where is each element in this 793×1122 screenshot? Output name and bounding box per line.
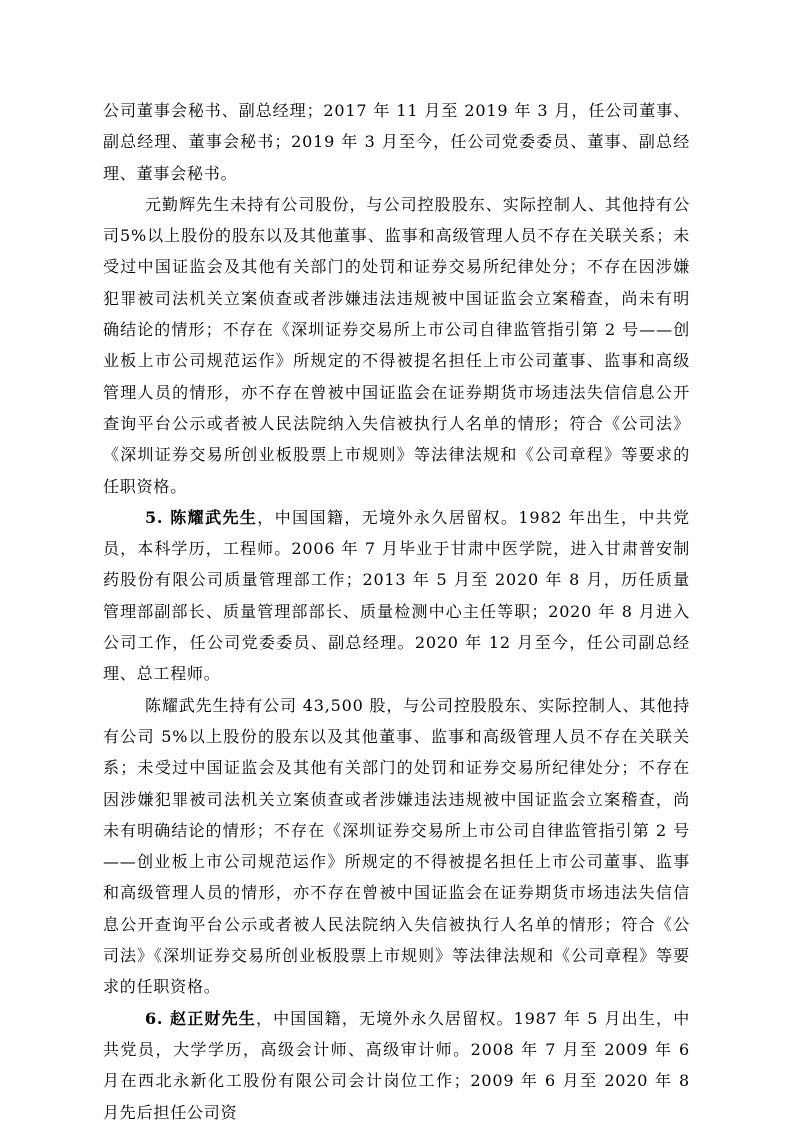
paragraph-text: 陈耀武先生持有公司 43,500 股，与公司控股股东、实际控制人、其他持有公司 … [103, 696, 690, 997]
paragraph-chenyaowu-bio: 5. 陈耀武先生，中国国籍，无境外永久居留权。1982 年出生，中共党员，本科学… [103, 502, 690, 690]
paragraph-bio-continuation: 公司董事会秘书、副总经理；2017 年 11 月至 2019 年 3 月，任公司… [103, 95, 690, 189]
paragraph-bold-prefix: 6. 赵正财先生 [145, 1009, 256, 1028]
paragraph-text: 公司董事会秘书、副总经理；2017 年 11 月至 2019 年 3 月，任公司… [103, 101, 690, 183]
paragraph-text: 元勤辉先生未持有公司股份，与公司控股股东、实际控制人、其他持有公司5%以上股份的… [103, 195, 690, 496]
paragraph-text: ，中国国籍，无境外永久居留权。1982 年出生，中共党员，本科学历，工程师。20… [103, 508, 690, 683]
paragraph-yuanqinhui-qualification: 元勤辉先生未持有公司股份，与公司控股股东、实际控制人、其他持有公司5%以上股份的… [103, 189, 690, 502]
paragraph-zhaozhengcai-bio: 6. 赵正财先生，中国国籍，无境外永久居留权。1987 年 5 月出生，中共党员… [103, 1003, 690, 1122]
paragraph-bold-prefix: 5. 陈耀武先生 [145, 508, 257, 527]
paragraph-chenyaowu-qualification: 陈耀武先生持有公司 43,500 股，与公司控股股东、实际控制人、其他持有公司 … [103, 690, 690, 1003]
document-page: 公司董事会秘书、副总经理；2017 年 11 月至 2019 年 3 月，任公司… [0, 0, 793, 1122]
document-text-body: 公司董事会秘书、副总经理；2017 年 11 月至 2019 年 3 月，任公司… [103, 95, 690, 1122]
